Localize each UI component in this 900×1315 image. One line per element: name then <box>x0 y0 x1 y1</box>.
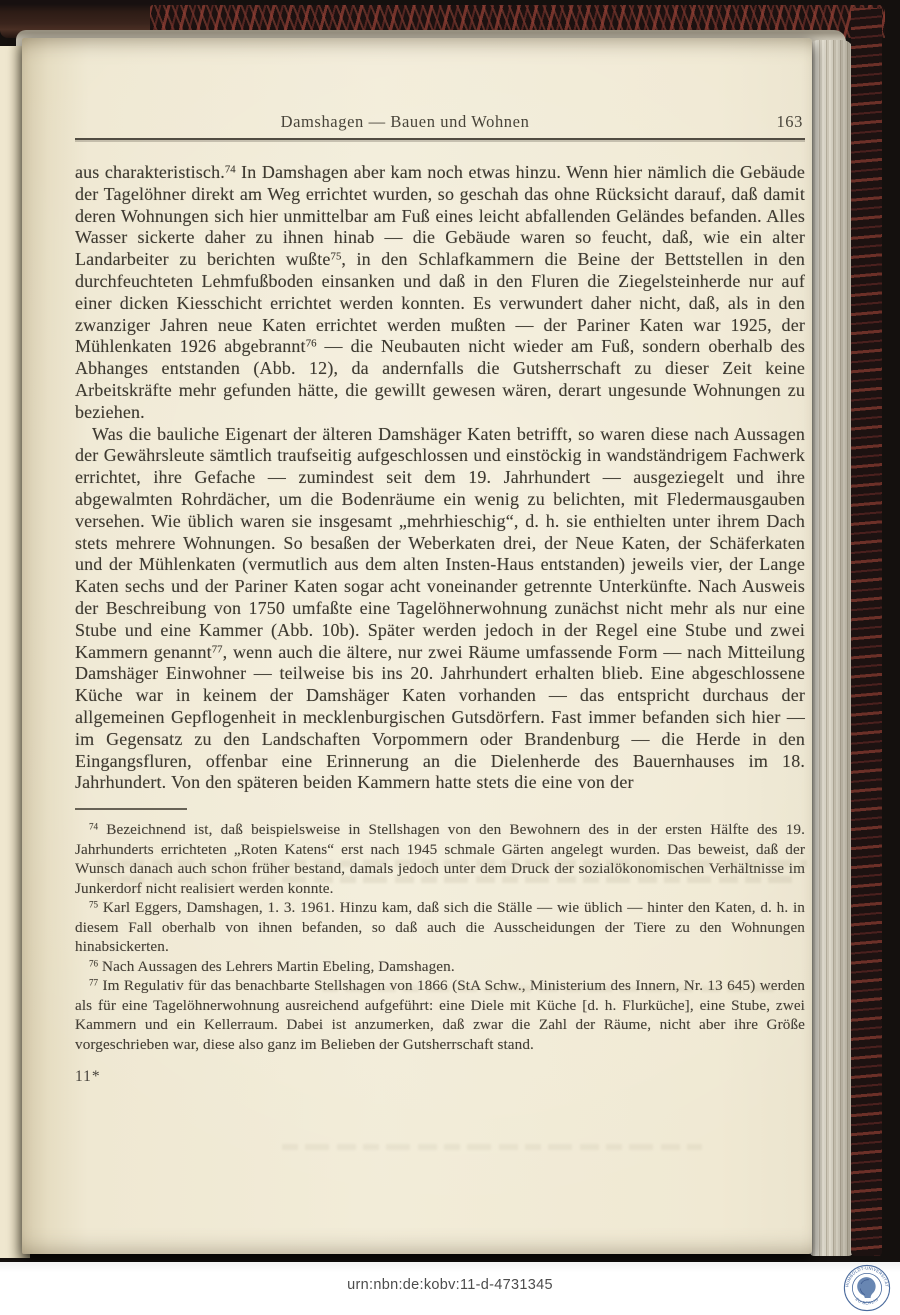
page-showthrough <box>282 1144 702 1150</box>
header-rule <box>75 138 805 140</box>
page-title: Damshagen — Bauen und Wohnen <box>75 112 735 132</box>
footnotes: 74 Bezeichnend ist, daß beispielsweise i… <box>75 820 805 1054</box>
page-fore-edge <box>810 40 854 1256</box>
viewer-background: Damshagen — Bauen und Wohnen 163 aus cha… <box>0 0 900 1315</box>
page-number: 163 <box>776 112 803 132</box>
body-text: aus charakteristisch.74 In Damshagen abe… <box>75 162 805 794</box>
footnote: 75 Karl Eggers, Damshagen, 1. 3. 1961. H… <box>75 898 805 957</box>
footnote-separator <box>75 808 187 810</box>
body-paragraph: aus charakteristisch.74 In Damshagen abe… <box>75 162 805 424</box>
signature-mark: 11* <box>75 1068 805 1086</box>
university-seal-icon <box>857 1277 875 1298</box>
body-paragraph: Was die bauliche Eigenart der älteren Da… <box>75 424 805 795</box>
marbled-right-edge <box>851 8 882 1256</box>
footnote: 74 Bezeichnend ist, daß beispielsweise i… <box>75 820 805 898</box>
footnote: 77 Im Regulativ für das benachbarte Stel… <box>75 976 805 1054</box>
footnote: 76 Nach Aussagen des Lehrers Martin Ebel… <box>75 957 805 977</box>
humboldt-seal-logo: HUMBOLDT-UNIVERSITÄT ZU BERLIN <box>843 1264 891 1312</box>
type-area: Damshagen — Bauen und Wohnen 163 aus cha… <box>75 112 805 1086</box>
urn-label: urn:nbn:de:kobv:11-d-4731345 <box>0 1277 900 1293</box>
metadata-bar: urn:nbn:de:kobv:11-d-4731345 <box>0 1262 900 1315</box>
book-page: Damshagen — Bauen und Wohnen 163 aus cha… <box>22 38 812 1254</box>
running-header: Damshagen — Bauen und Wohnen 163 <box>75 112 805 134</box>
